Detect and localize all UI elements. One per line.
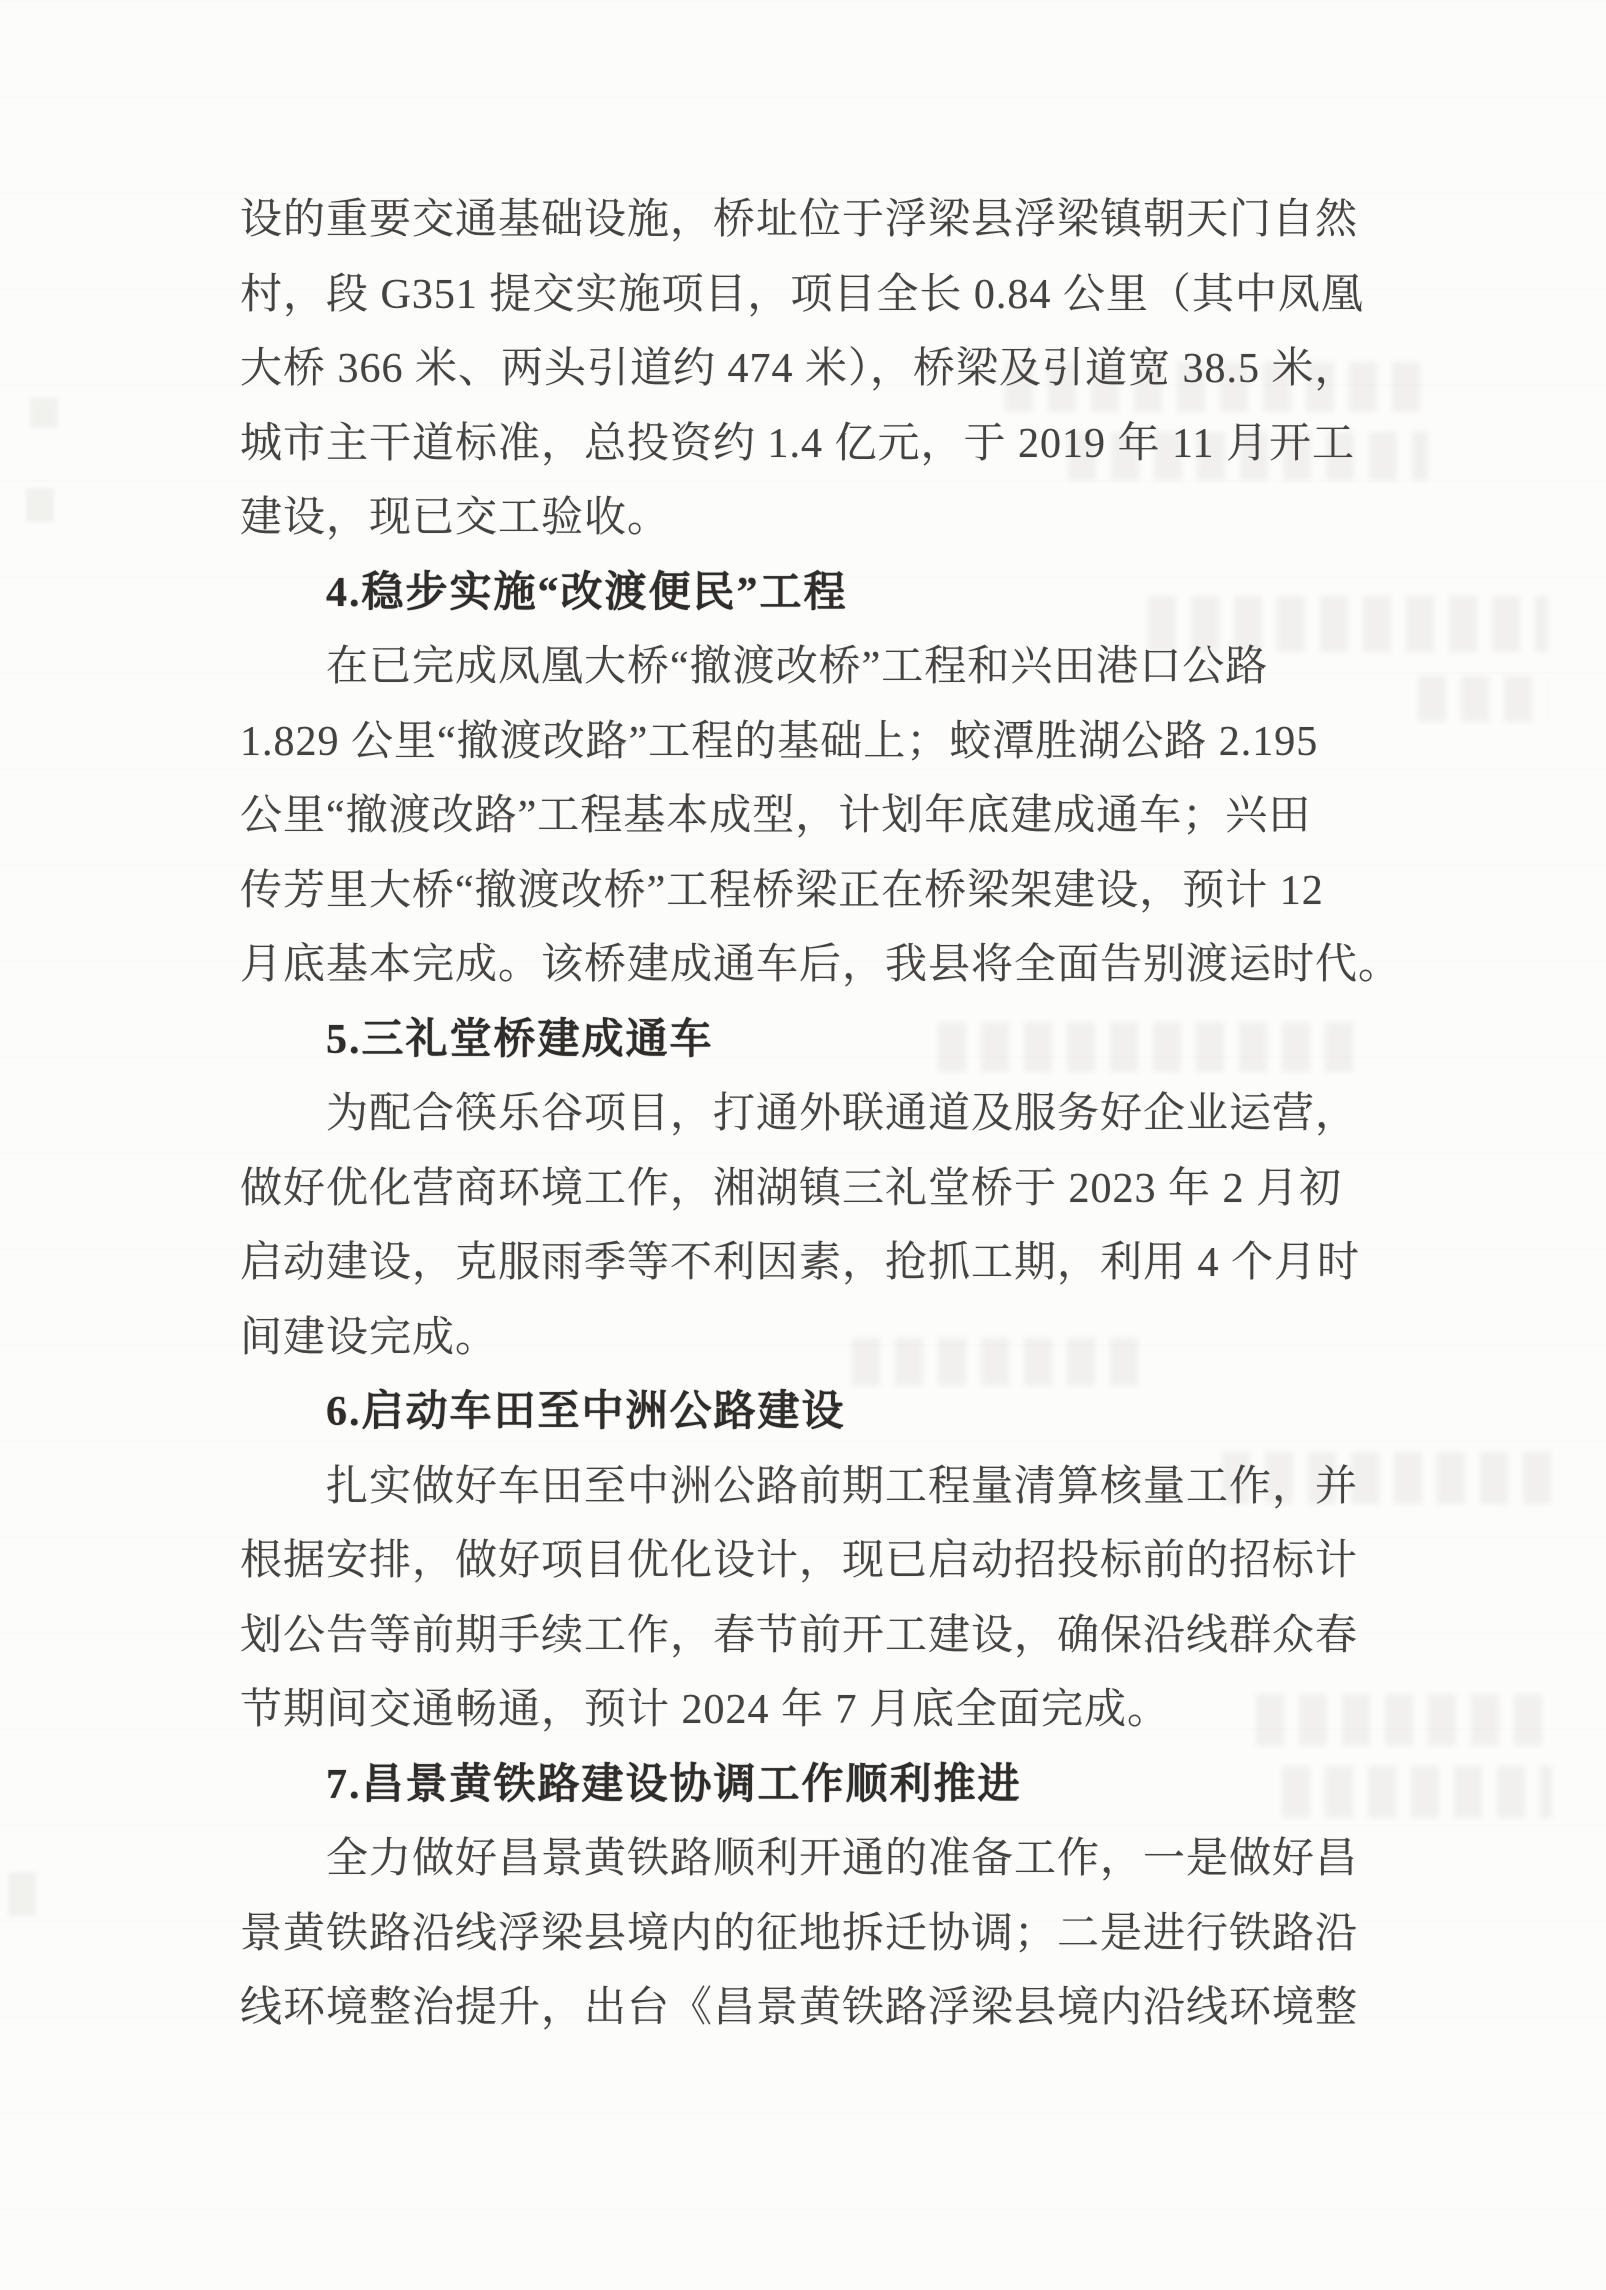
section-heading: 5.三礼堂桥建成通车 <box>240 1003 1410 1078</box>
text-line: 做好优化营商环境工作，湘湖镇三礼堂桥于 2023 年 2 月初 <box>240 1152 1410 1227</box>
section-heading: 6.启动车田至中洲公路建设 <box>240 1375 1410 1450</box>
text-line: 城市主干道标准，总投资约 1.4 亿元，于 2019 年 11 月开工 <box>240 407 1410 482</box>
text-line: 节期间交通畅通，预计 2024 年 7 月底全面完成。 <box>240 1673 1410 1748</box>
text-line: 1.829 公里“撤渡改路”工程的基础上；蛟潭胜湖公路 2.195 <box>240 705 1410 780</box>
text-line: 公里“撤渡改路”工程基本成型，计划年底建成通车；兴田 <box>240 779 1410 854</box>
text-line: 间建设完成。 <box>240 1301 1410 1376</box>
bleed-through-artifact <box>1418 676 1548 722</box>
text-line: 月底基本完成。该桥建成通车后，我县将全面告别渡运时代。 <box>240 928 1410 1003</box>
text-line: 线环境整治提升，出台《昌景黄铁路浮梁县境内沿线环境整 <box>240 1971 1410 2046</box>
text-line: 传芳里大桥“撤渡改桥”工程桥梁正在桥梁架建设，预计 12 <box>240 854 1410 929</box>
text-line: 为配合筷乐谷项目，打通外联通道及服务好企业运营， <box>240 1077 1410 1152</box>
text-line: 建设，现已交工验收。 <box>240 481 1410 556</box>
text-line: 村，段 G351 提交实施项目，项目全长 0.84 公里（其中凤凰 <box>240 258 1410 333</box>
text-line: 在已完成凤凰大桥“撤渡改桥”工程和兴田港口公路 <box>240 630 1410 705</box>
margin-scan-mark <box>26 488 66 522</box>
text-line: 扎实做好车田至中洲公路前期工程量清算核量工作，并 <box>240 1450 1410 1525</box>
document-lines: 设的重要交通基础设施，桥址位于浮梁县浮梁镇朝天门自然村，段 G351 提交实施项… <box>240 183 1410 2046</box>
text-line: 景黄铁路沿线浮梁县境内的征地拆迁协调；二是进行铁路沿 <box>240 1897 1410 1972</box>
text-line: 根据安排，做好项目优化设计，现已启动招投标前的招标计 <box>240 1524 1410 1599</box>
text-line: 大桥 366 米、两头引道约 474 米），桥梁及引道宽 38.5 米， <box>240 332 1410 407</box>
margin-scan-mark <box>30 398 66 428</box>
section-heading: 4.稳步实施“改渡便民”工程 <box>240 556 1410 631</box>
scanned-document-page: 设的重要交通基础设施，桥址位于浮梁县浮梁镇朝天门自然村，段 G351 提交实施项… <box>0 0 1606 2290</box>
text-line: 启动建设，克服雨季等不利因素，抢抓工期，利用 4 个月时 <box>240 1226 1410 1301</box>
text-line: 全力做好昌景黄铁路顺利开通的准备工作，一是做好昌 <box>240 1822 1410 1897</box>
margin-scan-mark <box>8 1872 42 1916</box>
section-heading: 7.昌景黄铁路建设协调工作顺利推进 <box>240 1748 1410 1823</box>
text-line: 划公告等前期手续工作，春节前开工建设，确保沿线群众春 <box>240 1599 1410 1674</box>
text-line: 设的重要交通基础设施，桥址位于浮梁县浮梁镇朝天门自然 <box>240 183 1410 258</box>
